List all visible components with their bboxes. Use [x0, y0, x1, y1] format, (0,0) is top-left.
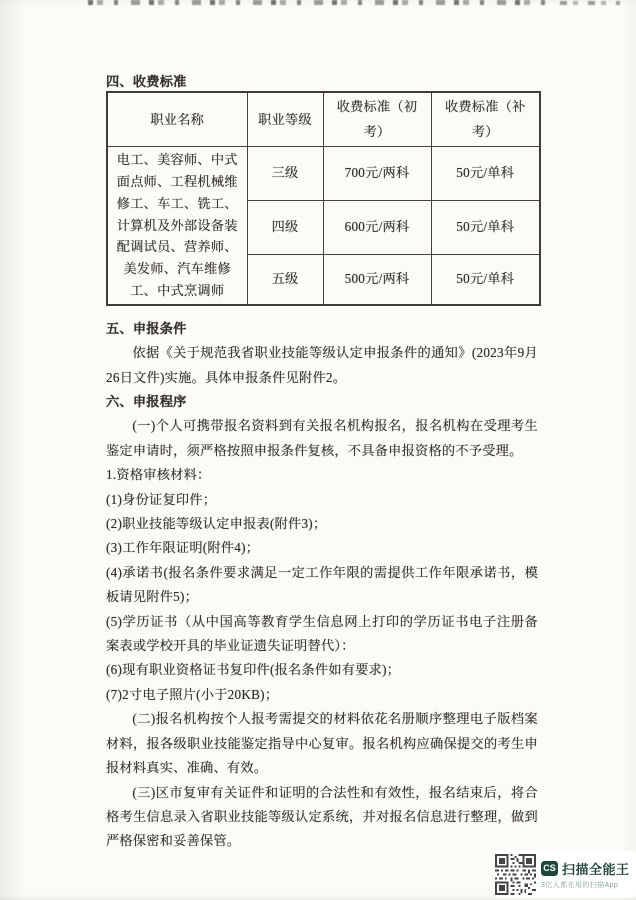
procedure-list-item: (3)工作年限证明(附件4)； [106, 536, 538, 560]
level-cell: 四级 [247, 201, 323, 255]
fee-table-header-row: 职业名称 职业等级 收费标准（初考） 收费标准（补考） [107, 92, 540, 146]
fee-makeup-cell: 50元/单科 [431, 147, 540, 201]
col-header-occupation: 职业名称 [107, 92, 247, 146]
camscanner-app-name: 扫描全能王 [562, 859, 630, 878]
qr-code-icon [495, 854, 536, 895]
document-body: 四、收费标准 职业名称 职业等级 收费标准（初考） 收费标准（补考） 电工、美容… [106, 70, 538, 854]
fee-makeup-cell: 50元/单科 [431, 254, 540, 304]
col-header-fee-initial: 收费标准（初考） [323, 92, 431, 146]
section-heading-procedure: 六、申报程序 [106, 390, 538, 414]
level-cell: 三级 [247, 147, 323, 201]
fee-initial-cell: 700元/两科 [323, 147, 431, 201]
procedure-paragraph: (三)区市复审有关证件和证明的合法性和有效性，报名结束后，将合格考生信息录入省职… [106, 781, 538, 854]
camscanner-watermark: CS 扫描全能王 3亿人都在用的扫描App [493, 851, 636, 898]
procedure-paragraph: (一)个人可携带报名资料到有关报名机构报名，报名机构在受理考生鉴定申请时，须严格… [106, 414, 538, 463]
occupation-list-cell: 电工、美容师、中式面点师、工程机械维修工、车工、铣工、计算机及外部设备装配调试员… [107, 147, 247, 305]
level-cell: 五级 [247, 254, 323, 304]
procedure-list-item: (2)职业技能等级认定申报表(附件3)； [106, 512, 538, 536]
camscanner-cs-logo-icon: CS [541, 861, 558, 876]
col-header-fee-makeup: 收费标准（补考） [431, 92, 540, 146]
camscanner-label-block: CS 扫描全能王 3亿人都在用的扫描App [541, 859, 630, 891]
top-edge-cutoff-text-artifact [88, 0, 556, 5]
procedure-paragraph: (二)报名机构按个人报考需提交的材料依花名册顺序整理电子版档案材料，报各级职业技… [106, 707, 538, 780]
section-heading-conditions: 五、申报条件 [106, 317, 538, 341]
procedure-list-item: (1)身份证复印件； [106, 488, 538, 512]
procedure-list-item: 1.资格审核材料： [106, 463, 538, 487]
procedure-list-item: (7)2寸电子照片(小于20KB)； [106, 683, 538, 707]
camscanner-tagline: 3亿人都在用的扫描App [541, 880, 630, 890]
fee-table-row: 电工、美容师、中式面点师、工程机械维修工、车工、铣工、计算机及外部设备装配调试员… [107, 147, 540, 201]
conditions-paragraph: 依据《关于规范我省职业技能等级认定申报条件的通知》(2023年9月26日文件)实… [106, 341, 538, 390]
fee-initial-cell: 500元/两科 [323, 254, 431, 304]
procedure-list-item: (6)现有职业资格证书复印件(报名条件如有要求)； [106, 658, 538, 682]
procedure-list-item: (5)学历证书（从中国高等教育学生信息网上打印的学历证书电子注册备案表或学校开具… [106, 610, 538, 659]
fee-initial-cell: 600元/两科 [323, 201, 431, 255]
top-edge-cutoff-text-artifact [560, 1, 620, 5]
procedure-list-item: (4)承诺书(报名条件要求满足一定工作年限的需提供工作年限承诺书，模板请见附件5… [106, 561, 538, 610]
scanned-document-page: { "document": { "sections": { "fees": { … [0, 0, 636, 900]
fee-makeup-cell: 50元/单科 [431, 201, 540, 255]
fee-table: 职业名称 职业等级 收费标准（初考） 收费标准（补考） 电工、美容师、中式面点师… [106, 91, 541, 305]
col-header-level: 职业等级 [247, 92, 323, 146]
